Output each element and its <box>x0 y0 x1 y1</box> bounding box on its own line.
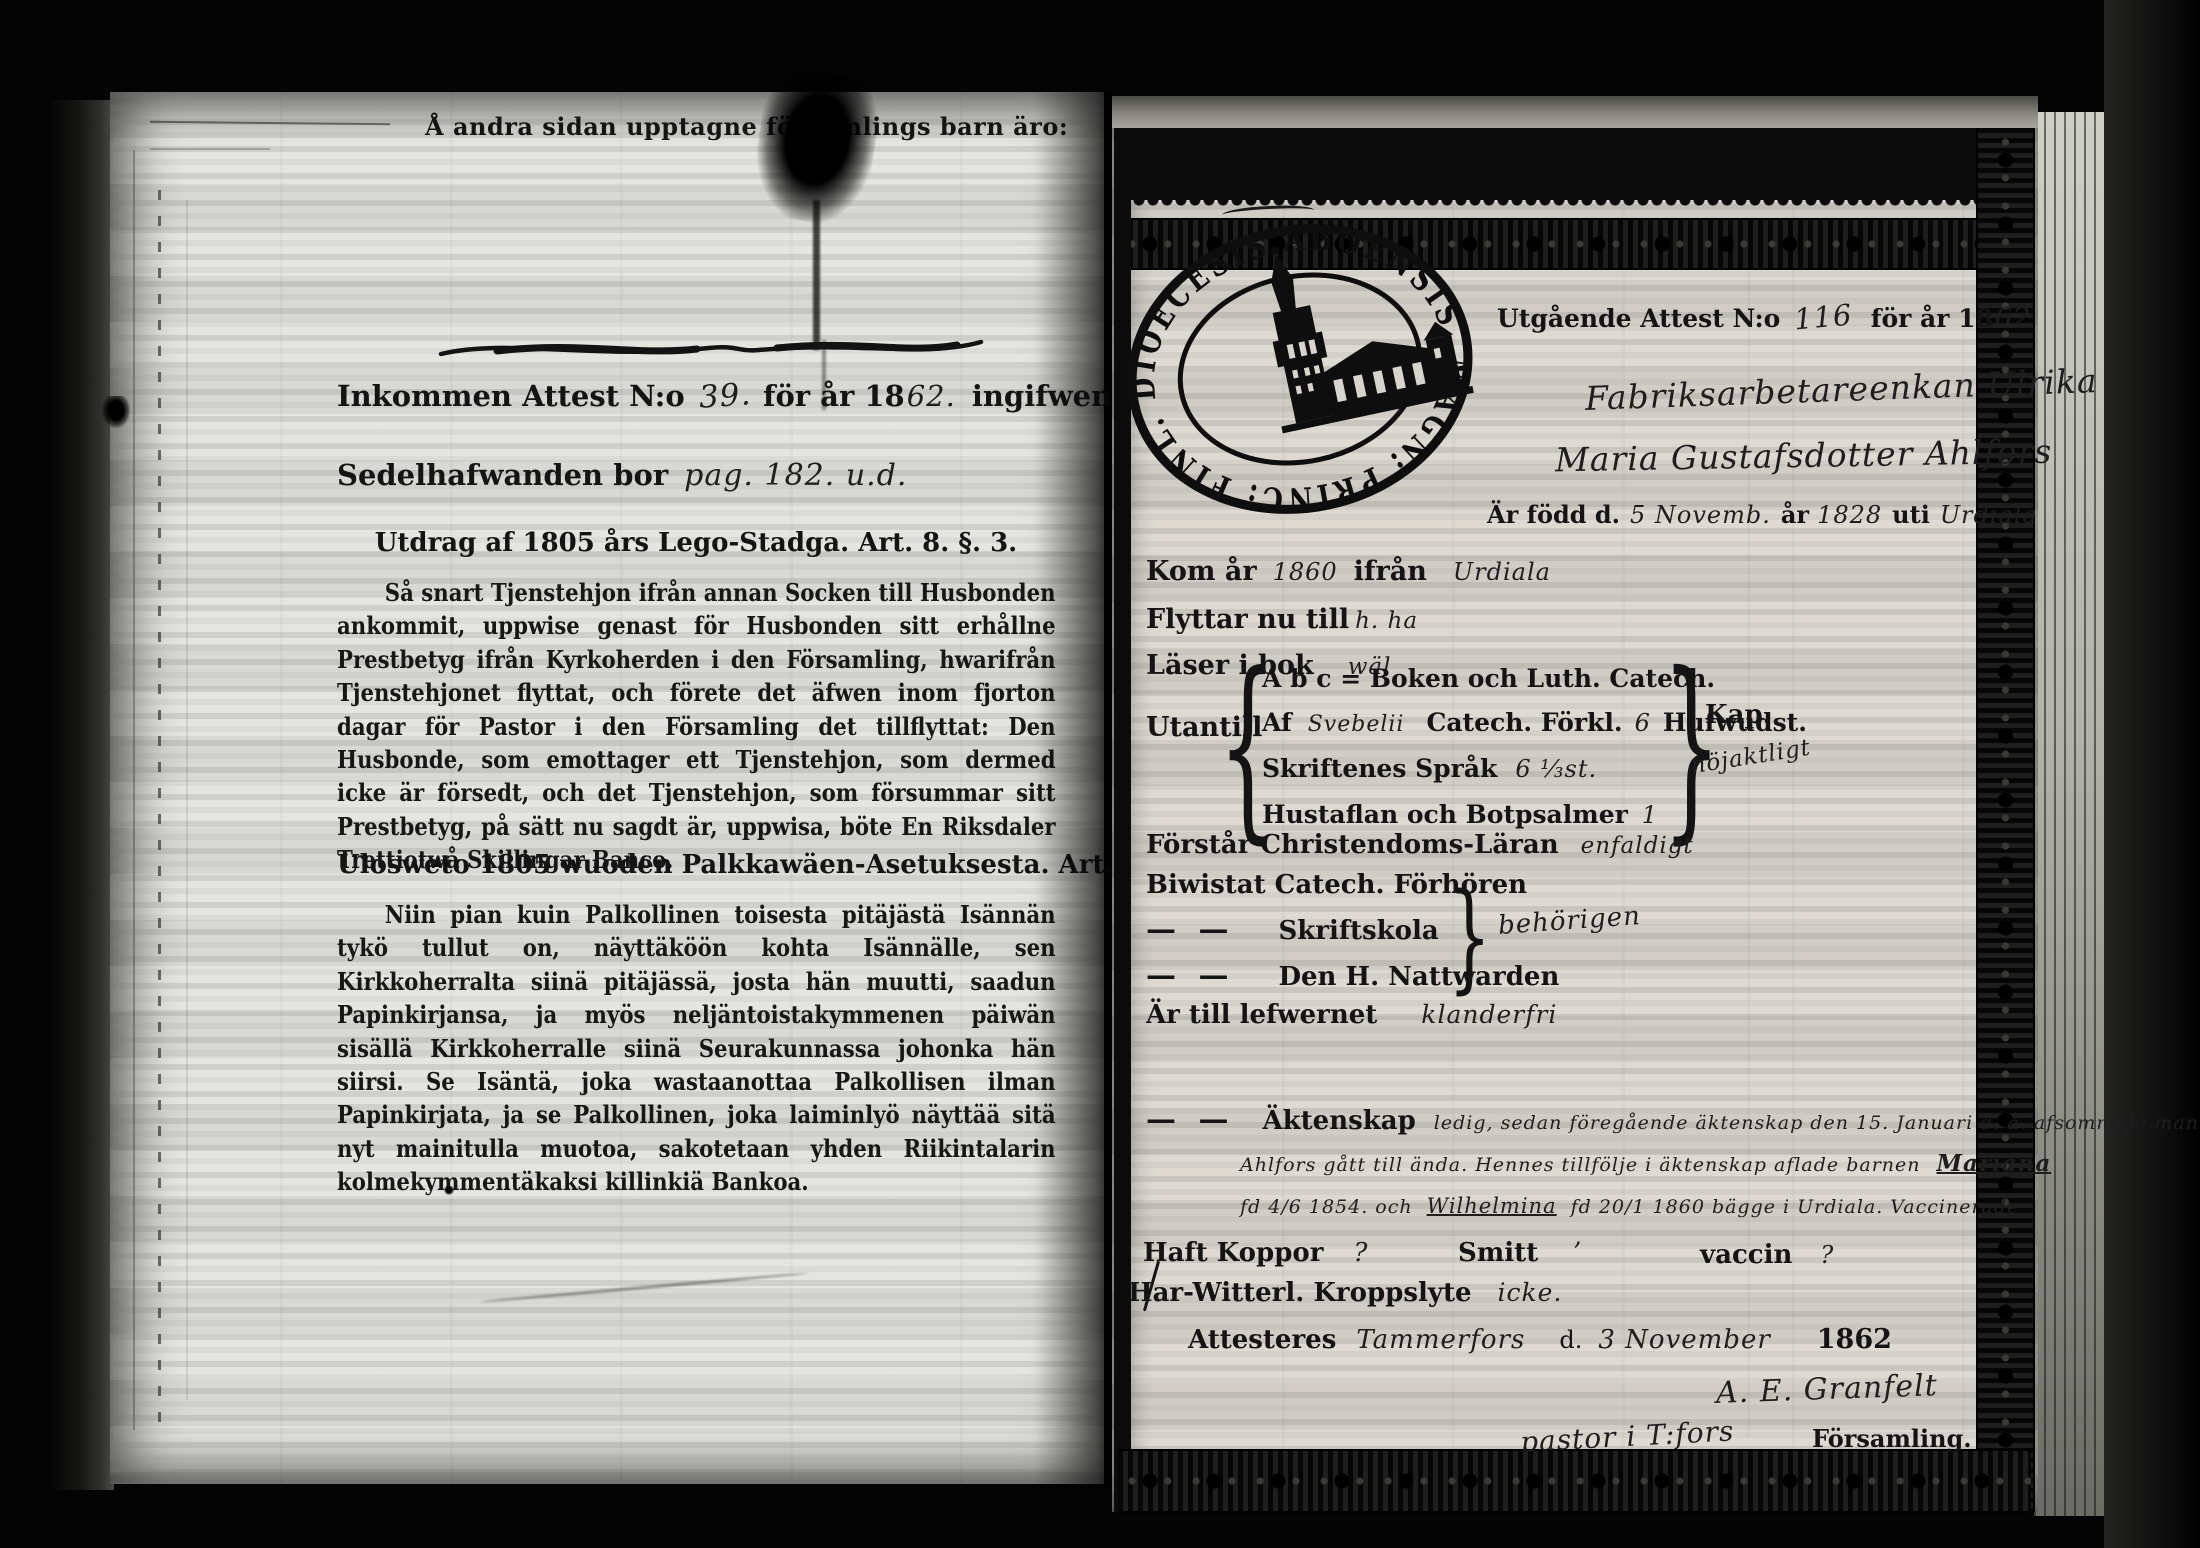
utantill-row3-handwritten: 6 ⅓st. <box>1515 755 1597 783</box>
utantill-row4: Hustaflan och Botpsalmer 1 <box>1262 800 1658 829</box>
born-label: Är född d. <box>1487 500 1620 529</box>
kroppslyte-answer-handwritten: icke. <box>1498 1278 1563 1307</box>
kap-label-line: Kap. <box>1705 700 1772 730</box>
utantill-row2-af: Af <box>1262 708 1292 737</box>
ink-dot <box>444 1186 454 1195</box>
nattwarden-label: Den H. Nattwarden <box>1278 962 1559 992</box>
attest-year-handwritten: 62 <box>1995 303 2031 334</box>
forstar-label: Förstår Christendoms-Läran <box>1146 830 1559 860</box>
utantill-row2-catech: Catech. Förkl. <box>1426 708 1622 737</box>
sedelhafwanden-line: Sedelhafwanden bor pag. 182. u.d. <box>337 458 907 493</box>
child-name-mariana-handwritten: Mariana <box>1937 1150 2052 1177</box>
attest-place-handwritten: Tammerfors <box>1356 1325 1525 1355</box>
utantill-row1: A b c = Boken och Luth. Catech. <box>1262 664 1715 693</box>
finnish-statute-heading: Ulosweto 1805 wuoden Palkkawäen-Asetukse… <box>337 850 1055 880</box>
page-edge-line <box>186 200 188 1400</box>
smitt-line: Smitt ʼ <box>1458 1238 1581 1268</box>
attest-date-handwritten: 3 November <box>1598 1325 1770 1355</box>
aktenskap-note3a-handwritten: fd 4/6 1854. och <box>1240 1196 1413 1218</box>
right-book-edge <box>2104 0 2200 1548</box>
lefwernet-handwritten: klanderfri <box>1421 1000 1557 1029</box>
ditto-dashes: — — <box>1146 958 1234 993</box>
kom-line: Kom år 1860 ifrån Urdiala <box>1146 556 1551 587</box>
frame-top-solid-band <box>1118 128 2032 200</box>
sedelhafwanden-label: Sedelhafwanden bor <box>337 458 668 492</box>
utantill-row3-text: Skriftenes Språk <box>1262 754 1497 783</box>
koppor-answer-handwritten: ? <box>1353 1238 1368 1268</box>
smitt-label: Smitt <box>1458 1238 1538 1268</box>
forsamling-line: Församling. <box>1812 1424 1972 1453</box>
utantill-row3: Skriftenes Språk 6 ⅓st. <box>1262 754 1597 783</box>
koppor-line: Haft Koppor ? <box>1143 1238 1368 1268</box>
attest-year-handwritten: 62. <box>907 379 956 413</box>
vaccin-answer-handwritten: ? <box>1820 1241 1834 1269</box>
kroppslyte-line: Har-Witterl. Kroppslyte icke. <box>1128 1278 1562 1308</box>
born-place-label: uti <box>1892 500 1930 529</box>
aktenskap-label: Äktenskap <box>1262 1106 1415 1136</box>
ditto-dashes: — — <box>1146 1102 1234 1137</box>
forstar-handwritten: enfaldigt <box>1581 833 1694 859</box>
attendance-brace: } <box>1448 878 1491 996</box>
utgaende-attest-line: Utgående Attest N:o 116 för år 18 62 <box>1497 300 2031 334</box>
swedish-statute-paragraph: Så snart Tjenstehjon ifrån annan Socken … <box>337 576 1056 877</box>
aktenskap-line1: — — Äktenskap ledig, sedan föregående äk… <box>1146 1102 2200 1137</box>
kom-year-handwritten: 1860 <box>1273 558 1338 586</box>
attesteres-label: Attesteres <box>1188 1325 1336 1355</box>
margin-blot <box>102 396 130 428</box>
attesteres-line: Attesteres Tammerfors d. 3 November 1862 <box>1188 1324 1892 1355</box>
vaccin-label: vaccin <box>1700 1240 1792 1270</box>
ink-drip <box>813 200 820 350</box>
stitching-dots <box>158 190 161 1430</box>
aktenskap-note1-handwritten: ledig, sedan föregående äktenskap den 15… <box>1434 1112 2200 1134</box>
attest-number-handwritten: 39. <box>697 376 752 416</box>
skriftskola-line: — — Skriftskola <box>1146 912 1439 947</box>
frame-bottom-ornament-band <box>1118 1449 2031 1513</box>
aktenskap-note3b-handwritten: fd 20/1 1860 bägge i Urdiala. Vaccinerad… <box>1571 1196 2020 1218</box>
utantill-row2-count-handwritten: 6 <box>1635 709 1651 737</box>
header-note-line: Å andra sidan upptagne församlings barn … <box>425 112 1068 141</box>
swedish-statute-heading: Utdrag af 1805 års Lego-Stadga. Art. 8. … <box>337 528 1055 558</box>
forsamling-label: Församling. <box>1812 1424 1972 1453</box>
flyttar-handwritten: h. ha <box>1355 608 1418 634</box>
kap-label: Kap. <box>1705 700 1772 730</box>
attest-number-handwritten: 116 <box>1793 298 1854 337</box>
sedelhafwanden-page-handwritten: pag. 182. u.d. <box>684 458 907 493</box>
gutter-shadow <box>1034 92 1112 1488</box>
inkommen-attest-label: Inkommen Attest N:o <box>337 379 685 413</box>
lefwernet-line: Är till lefwernet klanderfri <box>1146 1000 1557 1030</box>
born-year-handwritten: 1828 <box>1817 501 1882 529</box>
skriftskola-label: Skriftskola <box>1278 916 1438 946</box>
attest-year-label: för år 18 <box>763 379 905 413</box>
header-note: Å andra sidan upptagne församlings barn … <box>425 112 1068 141</box>
flyttar-label: Flyttar nu till <box>1146 604 1349 635</box>
frame-right-ornament-band <box>1976 128 2035 1512</box>
nattwarden-line: — — Den H. Nattwarden <box>1146 958 1559 993</box>
born-day-handwritten: 5 Novemb. <box>1630 501 1771 529</box>
stacked-page-edge <box>150 148 270 150</box>
child-name-wilhelmina-handwritten: Wilhelmina <box>1427 1194 1557 1218</box>
right-page-top-strip <box>1112 96 2038 128</box>
binding-line <box>133 150 135 1430</box>
kom-from-handwritten: Urdiala <box>1453 558 1551 586</box>
finnish-statute-paragraph: Niin pian kuin Palkollinen toisesta pitä… <box>337 898 1056 1199</box>
born-year-label: år <box>1781 500 1809 529</box>
born-place-handwritten: Urdiala <box>1940 501 2038 529</box>
utantill-close-brace: } <box>1662 648 1721 846</box>
swash-rule <box>437 334 989 364</box>
haft-koppor-label: Haft Koppor <box>1143 1238 1323 1268</box>
attest-day-label: d. <box>1559 1326 1582 1354</box>
book-scan: Å andra sidan upptagne församlings barn … <box>0 0 2200 1548</box>
attest-year-label: för år 18 <box>1871 304 1993 333</box>
kom-label: Kom år <box>1146 556 1257 587</box>
forstar-line: Förstår Christendoms-Läran enfaldigt <box>1146 830 1694 860</box>
ditto-dashes: — — <box>1146 912 1234 947</box>
smitt-answer-handwritten: ʼ <box>1572 1238 1581 1268</box>
aktenskap-line3: fd 4/6 1854. och Wilhelmina fd 20/1 1860… <box>1240 1194 2019 1218</box>
aktenskap-note2-handwritten: Ahlfors gått till ända. Hennes tillfölje… <box>1240 1154 1921 1176</box>
lefwernet-label: Är till lefwernet <box>1146 1000 1377 1030</box>
kom-from-label: ifrån <box>1354 556 1427 587</box>
utantill-row1-text: A b c = Boken och Luth. Catech. <box>1262 664 1715 693</box>
right-page-edges <box>2034 112 2104 1516</box>
vaccin-line: vaccin ? <box>1700 1240 1834 1270</box>
left-book-edge <box>52 100 114 1490</box>
attest-year: 1862 <box>1817 1324 1892 1355</box>
kroppslyte-label: Har-Witterl. Kroppslyte <box>1128 1278 1472 1308</box>
utantill-row4-handwritten: 1 <box>1642 801 1658 829</box>
aktenskap-line2: Ahlfors gått till ända. Hennes tillfölje… <box>1240 1150 2051 1177</box>
utantill-row4-text: Hustaflan och Botpsalmer <box>1262 800 1628 829</box>
born-line: Är född d. 5 Novemb. år 1828 uti Urdiala <box>1487 500 2038 529</box>
utantill-row2-handwritten: Svebelii <box>1308 712 1405 737</box>
flyttar-line: Flyttar nu till h. ha <box>1146 604 1418 635</box>
utgaende-attest-label: Utgående Attest N:o <box>1497 304 1780 333</box>
